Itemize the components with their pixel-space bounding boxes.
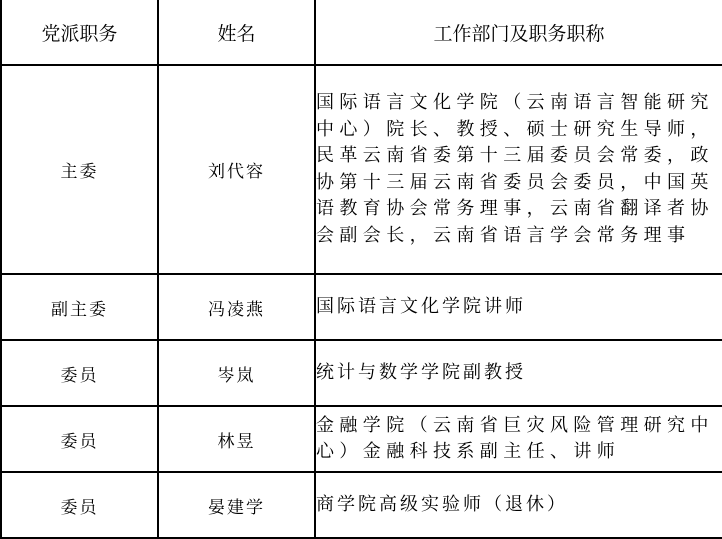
cell-position: 副主委 <box>1 274 158 340</box>
table-header-row: 党派职务 姓名 工作部门及职务职称 <box>1 0 722 65</box>
committee-roster-table: 党派职务 姓名 工作部门及职务职称 主委 刘代容 国际语言文化学院（云南语言智能… <box>0 0 722 539</box>
cell-department: 国际语言文化学院讲师 <box>315 274 722 340</box>
table-row: 委员 晏建学 商学院高级实验师（退休） <box>1 472 722 538</box>
cell-name: 晏建学 <box>158 472 315 538</box>
table-row: 主委 刘代容 国际语言文化学院（云南语言智能研究中心）院长、教授、硕士研究生导师… <box>1 65 722 274</box>
cell-department: 国际语言文化学院（云南语言智能研究中心）院长、教授、硕士研究生导师，民革云南省委… <box>315 65 722 274</box>
cell-position: 委员 <box>1 472 158 538</box>
cell-department: 统计与数学学院副教授 <box>315 340 722 406</box>
cell-name: 林昱 <box>158 406 315 472</box>
table-row: 委员 林昱 金融学院（云南省巨灾风险管理研究中心）金融科技系副主任、讲师 <box>1 406 722 472</box>
header-department-title: 工作部门及职务职称 <box>315 0 722 65</box>
cell-position: 委员 <box>1 340 158 406</box>
cell-name: 岑岚 <box>158 340 315 406</box>
cell-name: 刘代容 <box>158 65 315 274</box>
header-party-position: 党派职务 <box>1 0 158 65</box>
cell-position: 委员 <box>1 406 158 472</box>
cell-position: 主委 <box>1 65 158 274</box>
table-row: 副主委 冯凌燕 国际语言文化学院讲师 <box>1 274 722 340</box>
cell-department: 金融学院（云南省巨灾风险管理研究中心）金融科技系副主任、讲师 <box>315 406 722 472</box>
cell-name: 冯凌燕 <box>158 274 315 340</box>
table-row: 委员 岑岚 统计与数学学院副教授 <box>1 340 722 406</box>
cell-department: 商学院高级实验师（退休） <box>315 472 722 538</box>
header-name: 姓名 <box>158 0 315 65</box>
